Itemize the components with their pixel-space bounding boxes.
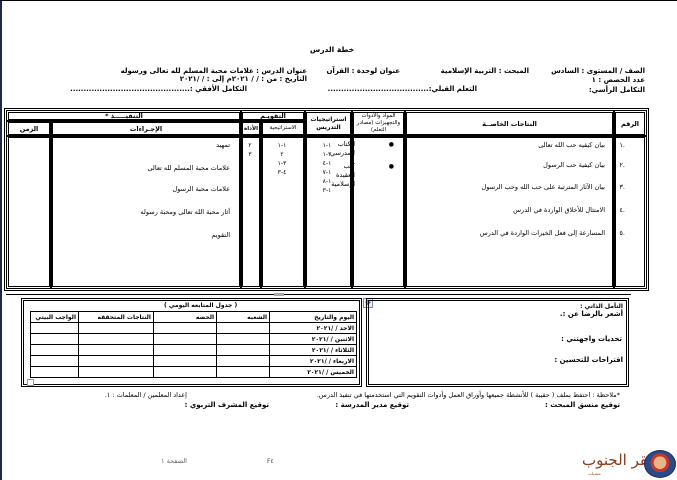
- period-cell[interactable]: [154, 345, 217, 356]
- reflection-suggestions: اقتراحات للتحسين :: [554, 356, 623, 365]
- followup-header-row: اليوم والتاريخ الشعبه الحصه النتاجات الم…: [31, 312, 357, 323]
- homework-cell[interactable]: [31, 334, 79, 345]
- procedure-1: تمهيد: [216, 141, 230, 149]
- homework-cell[interactable]: [31, 345, 79, 356]
- followup-table: اليوم والتاريخ الشعبه الحصه النتاجات الم…: [30, 311, 357, 378]
- prepared-by: إعداد المعلمين / المعلمات : ١.: [105, 391, 187, 399]
- header-outcomes: النتاجات الخاصــة: [404, 110, 615, 137]
- eval-strategies-list: ١-١ ٢ ٣-١ ٤-٣: [272, 141, 292, 177]
- table-row: الاحد / /٢٠٢١: [31, 323, 357, 334]
- subject: المبحث : التربية الإسلامية: [441, 67, 529, 76]
- procedure-2: علامات محبة المسلم لله تعالى: [148, 164, 231, 172]
- section-cell[interactable]: [217, 345, 270, 356]
- body-materials-col: [351, 135, 406, 289]
- outcome-text-4: الامتثال للأخلاق الواردة في الدرس: [513, 206, 605, 214]
- period-cell[interactable]: [154, 356, 217, 367]
- outcome-num-4: .٤: [619, 206, 625, 214]
- divider-handle[interactable]: [274, 293, 284, 296]
- outcomes-cell[interactable]: [79, 323, 154, 334]
- eval-tools-list: ٢ ٣: [244, 141, 256, 159]
- col-outcomes-achieved: النتاجات المتحققه: [79, 312, 154, 323]
- bullet-icon: ●: [389, 141, 394, 149]
- prior-learning: التعلم القبلي:..........................…: [328, 85, 477, 94]
- section-cell[interactable]: [217, 367, 270, 378]
- signature-supervisor: توقيع المشرف التربوي :: [185, 401, 269, 409]
- table-row: الثلاثاء / /٢٠٢١: [31, 345, 357, 356]
- signature-coordinator: توقيع منسق المبحث :: [545, 401, 620, 409]
- horizontal-integration: التكامل الأفقي :........................…: [70, 85, 247, 94]
- outcomes-cell[interactable]: [79, 334, 154, 345]
- outcome-text-5: المسارعة إلى فعل الخيرات الواردة في الدر…: [480, 229, 605, 237]
- col-section: الشعبه: [217, 312, 270, 323]
- signature-principal: توقيع مدير المدرسة :: [335, 401, 409, 409]
- procedure-4: آثار محبة الله تعالى ومحبة رسوله: [140, 208, 230, 216]
- header-strategies: استراتيجيات التدريس: [304, 110, 353, 137]
- outcome-num-3: .٣: [619, 183, 625, 191]
- section-cell[interactable]: [217, 334, 270, 345]
- header-number: الرقم: [613, 110, 647, 137]
- document-page: خطة الدرس الصف / المستوى : السادس المبحث…: [2, 1, 677, 480]
- emblem-icon: [644, 450, 676, 478]
- body-time-col: [6, 135, 52, 289]
- section-cell[interactable]: [217, 356, 270, 367]
- outcomes-cell[interactable]: [79, 367, 154, 378]
- procedure-5: التقويم: [211, 231, 230, 239]
- class-count: عدد الحصص : ١: [592, 76, 645, 85]
- lesson-date: التاريخ : من : / / ٢٠٢١م إلى : / /٢٠٢١: [180, 75, 307, 84]
- table-row: الخميس / /٢٠٢١: [31, 367, 357, 378]
- reflection-challenges: تحديات واجهتني :: [561, 335, 622, 344]
- outcome-text-3: بيان الآثار المترتبة على حب الله وحب الر…: [482, 183, 606, 191]
- homework-cell[interactable]: [31, 367, 79, 378]
- vertical-integration: التكامل الرأسي:: [589, 86, 645, 95]
- bullet-icon: ●: [389, 163, 394, 171]
- note-text: *ملاحظة : احتفظ بملف ( حقيبة ) للأنشطة ج…: [317, 391, 620, 399]
- table-row: الاثنين / /٢٠٢١: [31, 334, 357, 345]
- strategies-list: ١-١ ٣-١ ١-٤ ١-٧ ١-٨ ١-٣: [317, 141, 337, 195]
- header-materials: المواد والأدوات والتجهيزات (مصادر التعلم…: [351, 110, 406, 137]
- procedure-3: علامات محبة الرسول: [173, 185, 231, 193]
- outcome-num-2: .٢: [619, 161, 625, 169]
- period-cell[interactable]: [154, 323, 217, 334]
- forum-logo: صقر الجنوب منتديات: [582, 449, 677, 479]
- day-cell[interactable]: الاحد / /٢٠٢١: [270, 323, 357, 334]
- col-day-date: اليوم والتاريخ: [270, 312, 357, 323]
- day-cell[interactable]: الثلاثاء / /٢٠٢١: [270, 345, 357, 356]
- outcome-text-2: بيان كيفية حب الرسول: [543, 161, 605, 169]
- section-cell[interactable]: [217, 323, 270, 334]
- document-title: خطة الدرس: [2, 45, 662, 54]
- logo-subtext: منتديات: [588, 471, 601, 476]
- period-cell[interactable]: [154, 367, 217, 378]
- col-period: الحصه: [154, 312, 217, 323]
- reflection-box: التأمل الذاتي : أشعر بالرضا عن :. تحديات…: [366, 298, 629, 387]
- outcome-text-1: بيان كيفيه حب الله تعالى: [538, 141, 605, 149]
- day-cell[interactable]: الخميس / /٢٠٢١: [270, 367, 357, 378]
- section-divider: [6, 294, 631, 295]
- outcome-num-5: .٥: [619, 229, 625, 237]
- grade-level: الصف / المستوى : السادس: [551, 67, 645, 76]
- followup-caption: ( جدول المتابعه اليومي ): [164, 302, 237, 309]
- day-cell[interactable]: الاثنين / /٢٠٢١: [270, 334, 357, 345]
- table-resize-handle[interactable]: [27, 379, 34, 386]
- outcomes-cell[interactable]: [79, 356, 154, 367]
- page-number: الصفحة ١: [161, 457, 187, 465]
- table-row: الاربعاء / /٢٠٢١: [31, 356, 357, 367]
- field-code: F٤: [267, 458, 274, 465]
- col-homework: الواجب البيتي: [31, 312, 79, 323]
- reflection-satisfied: أشعر بالرضا عن :.: [560, 310, 623, 319]
- homework-cell[interactable]: [31, 323, 79, 334]
- body-number-col: [613, 135, 647, 289]
- outcome-num-1: .١: [619, 141, 625, 149]
- unit-title: عنوان لوحدة : القرآن: [326, 67, 400, 76]
- followup-table-frame: ( جدول المتابعه اليومي ) اليوم والتاريخ …: [21, 298, 362, 387]
- day-cell[interactable]: الاربعاء / /٢٠٢١: [270, 356, 357, 367]
- homework-cell[interactable]: [31, 356, 79, 367]
- outcomes-cell[interactable]: [79, 345, 154, 356]
- period-cell[interactable]: [154, 334, 217, 345]
